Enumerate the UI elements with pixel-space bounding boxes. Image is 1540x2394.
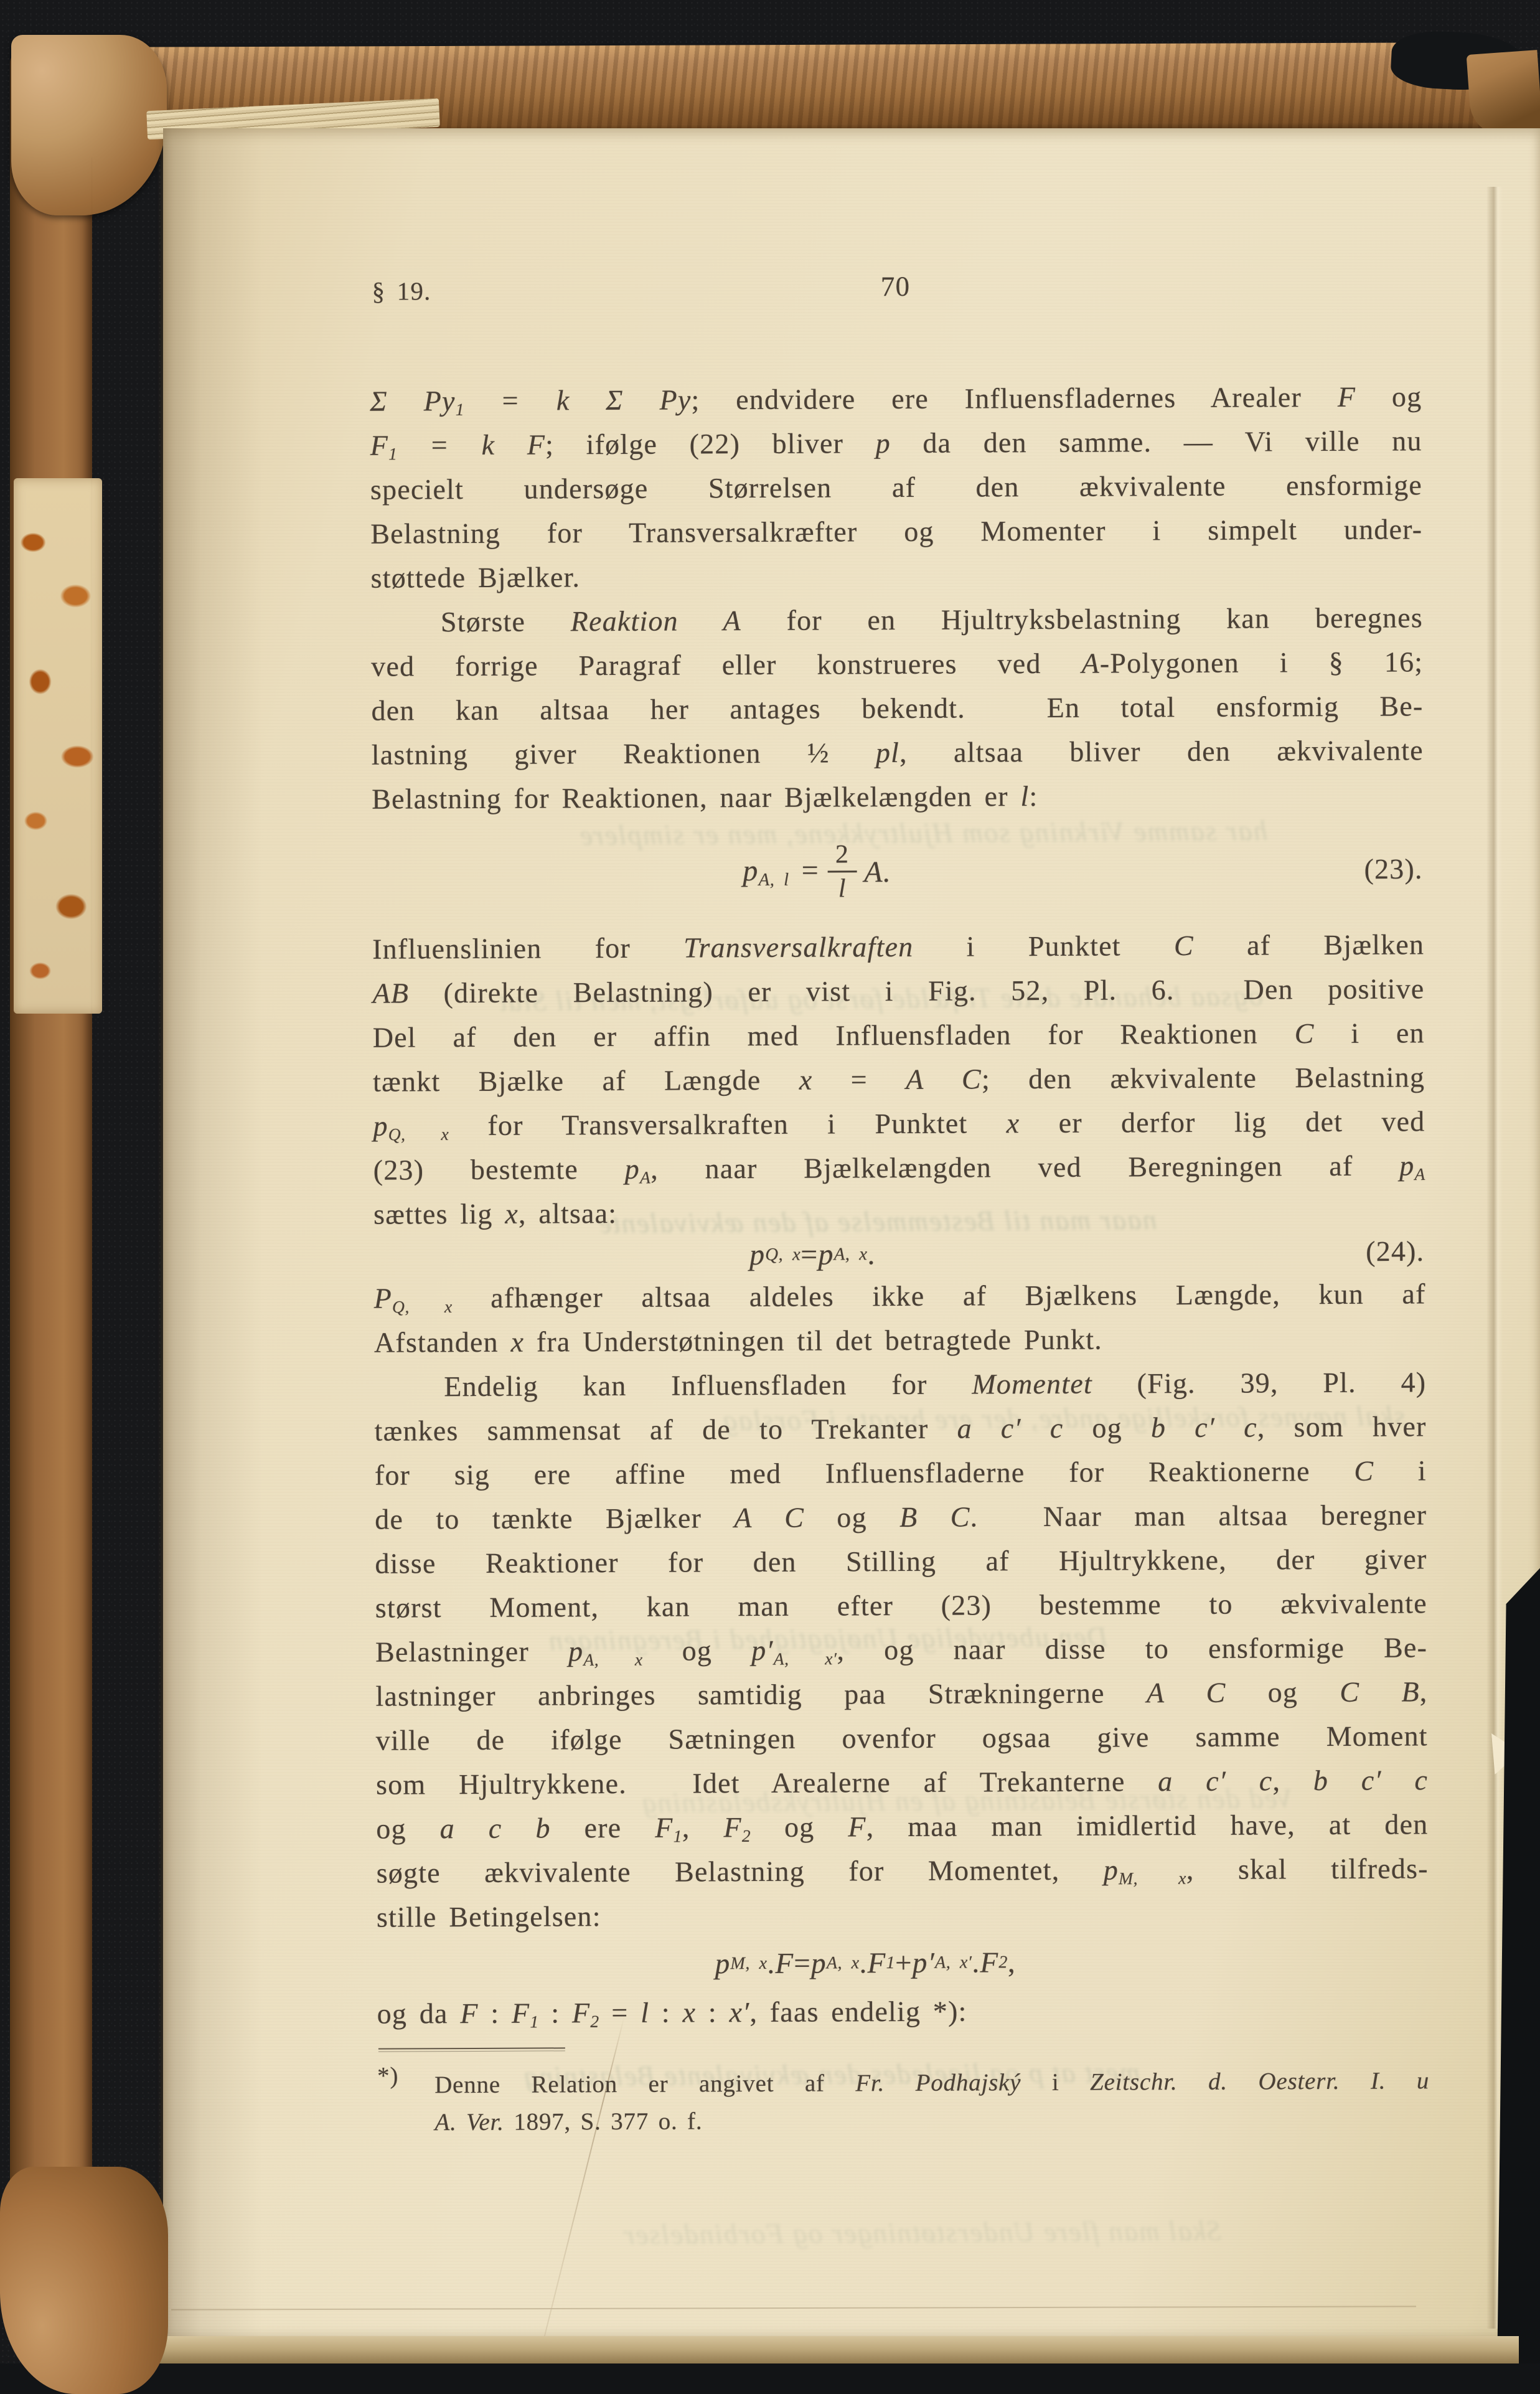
text-line: lastninger anbringes samtidig paa Strækn… <box>375 1669 1427 1718</box>
equation-moment-body: pM, x . F = pA, x . F1 + p′A, x′ . F2, <box>715 1946 1016 1981</box>
text-segment: A <box>1081 648 1100 679</box>
text-segment: , <box>682 1811 724 1843</box>
text-segment: p <box>625 1153 640 1185</box>
text-segment: , <box>1008 1946 1016 1979</box>
text-segment: = k F <box>397 428 545 461</box>
text-line: Endelig kan Influensfladen for Momentet … <box>374 1360 1426 1408</box>
text-segment: da den samme. — Vi ville nu <box>891 425 1422 459</box>
text-segment: p <box>811 1947 827 1981</box>
text-segment: , altsaa: <box>519 1197 617 1230</box>
text-segment: for sig ere affine med Influensfladerne … <box>375 1455 1355 1491</box>
text-segment: p <box>1399 1149 1414 1181</box>
text-segment: Største <box>441 605 571 638</box>
text-segment: F <box>775 1947 794 1981</box>
text-segment: F <box>867 1946 886 1980</box>
text-segment: og <box>1063 1411 1151 1444</box>
text-segment: Endelig kan Influensfladen for <box>444 1368 972 1402</box>
text-segment: C <box>1354 1455 1374 1487</box>
text-segment: ; den ækvivalente Belastning <box>982 1061 1425 1095</box>
text-segment: = <box>801 1237 819 1271</box>
background-bottom-strip <box>0 2363 1540 2394</box>
text-segment: som Hjultrykkene. Idet Arealerne af Trek… <box>376 1765 1158 1800</box>
text-segment: pl <box>876 737 899 768</box>
text-segment: Influenslinien for <box>372 932 683 965</box>
text-line: ville de ifølge Sætningen ovenfor ogsaa … <box>376 1713 1428 1762</box>
leather-corner-bottom-left <box>0 2167 168 2394</box>
text-segment: C <box>1174 930 1194 961</box>
text-line: tænkes sammensat af de to Trekanter a c′… <box>374 1404 1426 1453</box>
text-segment: p <box>715 1947 731 1981</box>
text-segment: , altsaa bliver den ækvivalente <box>899 734 1424 768</box>
text-segment: ved forrige Paragraf eller konstrueres v… <box>371 648 1082 682</box>
text-segment: for en Hjultryksbelastning kan beregnes <box>741 601 1423 636</box>
text-segment: lastning giver Reaktionen ½ <box>372 737 876 771</box>
text-segment: p <box>818 1237 833 1271</box>
text-segment: Zeitschr. d. Oesterr. I. u <box>1090 2067 1429 2095</box>
footnote-rule <box>378 2047 565 2052</box>
text-segment: ; endvidere ere Influensfladernes Areale… <box>691 381 1338 416</box>
text-line: og da F : F1 : F2 = l : x : x′, faas end… <box>377 1987 1429 2035</box>
text-line: Belastning for Reaktionen, naar Bjælkelæ… <box>372 772 1424 821</box>
text-line: F1 = k F; ifølge (22) bliver p da den sa… <box>370 418 1422 467</box>
text-line: lastning giver Reaktionen ½ pl, altsaa b… <box>372 728 1424 776</box>
text-segment: , skal tilfreds- <box>1186 1852 1429 1885</box>
text-line: (23) bestemte pA, naar Bjælkelængden ved… <box>373 1143 1425 1192</box>
text-segment: A, x <box>834 1244 868 1265</box>
text-segment: x <box>510 1326 524 1358</box>
text-line: Del af den er affin med Influensfladen f… <box>373 1011 1425 1059</box>
text-segment: p <box>568 1635 583 1667</box>
text-segment: , naar Bjælkelængden ved Beregningen af <box>650 1149 1399 1184</box>
text-segment: Afstanden <box>374 1326 511 1359</box>
text-segment: Reaktion A <box>571 605 741 637</box>
text-segment: : <box>478 1997 512 2029</box>
equation-23-body: pA, l = 2 l A. <box>743 839 891 905</box>
text-segment: Transversalkraften <box>683 931 913 964</box>
marbled-cover-patch <box>14 478 102 1014</box>
text-segment: F <box>460 1997 479 2029</box>
text-segment: Del af den er affin med Influensfladen f… <box>373 1017 1295 1053</box>
equation-23-number: (23). <box>1364 852 1422 885</box>
text-segment: fra Understøtningen til det betragtede P… <box>524 1324 1102 1358</box>
text-segment: C <box>1295 1017 1315 1049</box>
text-segment: b c′ c <box>1313 1764 1428 1796</box>
text-segment: F <box>848 1811 866 1842</box>
text-segment: l <box>1020 780 1029 812</box>
text-segment: Q, x <box>388 1124 449 1144</box>
text-segment: p <box>743 854 758 887</box>
text-segment: p <box>1104 1854 1119 1885</box>
text-segment: afhænger altsaa aldeles ikke af Bjælkens… <box>453 1278 1426 1314</box>
text-line: specielt undersøge Størrelsen af den ækv… <box>370 463 1422 511</box>
text-line: den kan altsaa her antages bekendt. En t… <box>371 684 1423 732</box>
text-segment: og <box>642 1634 751 1667</box>
text-segment: : <box>649 1997 683 2029</box>
text-segment: M, x <box>730 1954 767 1974</box>
text-segment: søgte ækvivalente Belastning for Momente… <box>377 1854 1104 1889</box>
text-segment: 1897, S. 377 o. f. <box>504 2108 703 2135</box>
text-segment: 2 <box>742 1826 751 1845</box>
text-segment: F <box>655 1812 674 1844</box>
text-segment: = <box>464 384 556 417</box>
equation-24-number: (24). <box>1366 1235 1424 1268</box>
equation-moment: pM, x . F = pA, x . F1 + p′A, x′ . F2, <box>377 1935 1429 1991</box>
text-segment: i Punktet <box>913 930 1174 963</box>
eq23-rhs: A. <box>864 855 891 889</box>
text-line: for sig ere affine med Influensfladerne … <box>375 1448 1427 1497</box>
text-line: støttede Bjælker. <box>370 551 1422 600</box>
text-line: PQ, x afhænger altsaa aldeles ikke af Bj… <box>373 1271 1425 1320</box>
text-line: sættes lig x, altsaa: <box>373 1187 1425 1236</box>
text-segment: : <box>538 1997 572 2029</box>
book-scan: har samme Virkning som Hjultrykkene, men… <box>0 0 1540 2394</box>
text-segment: i <box>1021 2069 1090 2096</box>
text-segment: A C <box>1147 1677 1226 1709</box>
text-segment: Momentet <box>972 1368 1092 1400</box>
text-segment: : <box>1029 780 1038 812</box>
text-segment: , og naar disse to ensformige Be- <box>837 1631 1427 1666</box>
text-line: tænkt Bjælke af Længde x = A C; den ækvi… <box>373 1055 1425 1103</box>
cover-frayed-corner <box>1467 50 1540 136</box>
text-segment: , maa man imidlertid have, at den <box>866 1808 1429 1842</box>
text-segment: specielt undersøge Størrelsen af den ækv… <box>370 469 1422 505</box>
text-line: Største Reaktion A for en Hjultryksbelas… <box>371 595 1423 644</box>
text-segment: Belastning for Reaktionen, naar Bjælkelæ… <box>372 780 1021 815</box>
text-segment: og <box>376 1812 440 1844</box>
text-segment: a c′ c <box>957 1412 1063 1444</box>
fraction-denominator: l <box>838 872 847 905</box>
text-line: Belastninger pA, x og p′A, x′, og naar d… <box>375 1625 1427 1674</box>
text-segment: sættes lig <box>373 1198 505 1230</box>
text-segment: . Naar man altsaa beregner <box>970 1499 1427 1532</box>
text-line: søgte ækvivalente Belastning for Momente… <box>377 1846 1429 1895</box>
text-segment: og da <box>377 1997 461 2030</box>
fraction-numerator: 2 <box>828 839 857 872</box>
text-segment: og <box>1226 1676 1340 1708</box>
text-line: størst Moment, kan man efter (23) bestem… <box>375 1581 1427 1629</box>
eq23-lhs: pA, l = <box>743 854 819 891</box>
page-bottom-edge <box>93 2336 1519 2366</box>
text-segment: F <box>1338 381 1356 413</box>
text-segment: , <box>1272 1765 1313 1796</box>
text-segment: og <box>804 1501 899 1534</box>
text-segment: . <box>867 1237 875 1271</box>
footnote-line-2: A. Ver. 1897, S. 377 o. f. <box>434 2099 1429 2141</box>
text-segment: p <box>749 1237 765 1271</box>
paragraph-1: Σ Py1 = k Σ Py; endvidere ere Influensfl… <box>370 374 1423 600</box>
page-edges-stack <box>91 122 166 2354</box>
text-segment: P <box>374 1283 393 1314</box>
text-segment: Denne Relation er angivet af <box>434 2070 855 2098</box>
text-segment: . <box>972 1946 980 1979</box>
page-number: 70 <box>369 268 1421 304</box>
footnote: *) Denne Relation er angivet af Fr. Podh… <box>377 2062 1430 2141</box>
text-line: ved forrige Paragraf eller konstrueres v… <box>371 639 1423 688</box>
text-segment: = <box>812 1063 906 1096</box>
text-segment: ere <box>550 1812 655 1844</box>
text-segment: 2 <box>998 1953 1008 1972</box>
text-segment: F <box>980 1946 998 1979</box>
text-segment: l <box>641 1997 649 2029</box>
text-segment: AB <box>372 977 409 1009</box>
text-segment: A. <box>864 855 891 888</box>
text-segment: 2 <box>590 2012 599 2031</box>
text-line: de to tænkte Bjælker A C og B C. Naar ma… <box>375 1492 1427 1541</box>
text-segment: Belastninger <box>375 1635 568 1667</box>
book-spine-left <box>10 54 92 2351</box>
text-segment: B C <box>899 1501 970 1533</box>
text-segment: Q, x <box>765 1244 801 1265</box>
footnote-body: Denne Relation er angivet af Fr. Podhajs… <box>434 2062 1430 2141</box>
text-segment: ; ifølge (22) bliver <box>545 427 876 460</box>
fraction: 2 l <box>828 839 857 905</box>
text-segment: . <box>767 1947 775 1981</box>
text-line: Belastning for Transversalkræfter og Mom… <box>370 507 1422 555</box>
text-segment: p <box>373 1110 388 1142</box>
text-line: stille Betingelsen: <box>377 1890 1429 1939</box>
paragraph-3: Influenslinien for Transversalkraften i … <box>372 922 1425 1236</box>
text-segment: A, x <box>827 1953 860 1973</box>
paragraph-5: Endelig kan Influensfladen for Momentet … <box>374 1360 1429 1939</box>
text-segment: A, x′ <box>935 1953 972 1973</box>
text-line: AB (direkte Belastning) er vist i Fig. 5… <box>372 966 1424 1015</box>
text-segment: F <box>723 1811 742 1843</box>
text-segment: af Bjælken <box>1194 928 1425 961</box>
equation-24: pQ, x = pA, x. (24). <box>373 1232 1425 1276</box>
text-segment: = <box>789 854 819 887</box>
text-segment: i <box>1374 1454 1427 1486</box>
text-segment: x <box>1007 1107 1020 1139</box>
text-segment: A. Ver. <box>434 2109 504 2136</box>
text-line: pQ, x for Transversalkraften i Punktet x… <box>373 1099 1425 1148</box>
text-segment: 1 <box>530 2012 538 2031</box>
text-segment: (direkte Belastning) er vist i Fig. 52, … <box>409 973 1425 1009</box>
text-segment: Σ Py <box>370 385 455 417</box>
text-line: som Hjultrykkene. Idet Arealerne af Trek… <box>376 1758 1428 1806</box>
text-segment: , <box>1420 1675 1428 1707</box>
text-segment: 1 <box>456 400 464 419</box>
text-segment: a c b <box>440 1812 551 1844</box>
text-segment: b c′ c <box>1151 1411 1257 1443</box>
text-segment: , som hver <box>1257 1410 1427 1443</box>
text-segment: de to tænkte Bjælker <box>375 1502 734 1535</box>
text-segment: . <box>859 1946 867 1980</box>
text-segment: A C <box>734 1502 804 1534</box>
text-segment: F <box>370 430 389 461</box>
text-segment: C B <box>1340 1675 1420 1708</box>
footnote-marker: *) <box>377 2062 398 2090</box>
text-segment: 1 <box>388 444 397 463</box>
text-segment: ville de ifølge Sætningen ovenfor ogsaa … <box>376 1720 1428 1756</box>
page-text-column: § 19. 70 Σ Py1 = k Σ Py; endvidere ere I… <box>369 271 1429 2141</box>
text-segment: A <box>640 1167 650 1187</box>
text-segment: og <box>751 1811 848 1843</box>
text-segment: 1 <box>674 1826 682 1845</box>
text-segment: Belastning for Transversalkræfter og Mom… <box>370 513 1422 549</box>
text-segment: F <box>512 1997 530 2029</box>
text-segment: disse Reaktioner for den Stilling af Hju… <box>375 1543 1427 1579</box>
text-segment: størst Moment, kan man efter (23) bestem… <box>375 1587 1427 1623</box>
text-segment: den kan altsaa her antages bekendt. En t… <box>371 690 1423 726</box>
text-segment: lastninger anbringes samtidig paa Strækn… <box>375 1677 1147 1712</box>
text-line: disse Reaktioner for den Stilling af Hju… <box>375 1537 1427 1585</box>
text-line: Influenslinien for Transversalkraften i … <box>372 922 1424 971</box>
page-fold-line <box>1486 187 1503 2329</box>
text-segment: Fr. Podhajský <box>855 2069 1021 2096</box>
text-segment: Q, x <box>392 1297 453 1316</box>
text-segment: a c′ c <box>1158 1765 1272 1797</box>
text-segment: 1 <box>886 1953 895 1973</box>
text-segment: A, x′ <box>774 1649 837 1668</box>
equation-24-body: pQ, x = pA, x. <box>749 1237 876 1272</box>
text-segment: p <box>876 427 891 459</box>
text-segment: p′ <box>751 1634 774 1666</box>
paragraph-2: Største Reaktion A for en Hjultryksbelas… <box>371 595 1424 821</box>
text-line: og a c b ere F1, F2 og F, maa man imidle… <box>376 1802 1428 1850</box>
text-segment: A C <box>906 1063 982 1095</box>
text-segment: = <box>794 1947 811 1981</box>
text-segment: støttede Bjælker. <box>370 561 580 593</box>
text-segment: x <box>505 1198 519 1230</box>
text-line: Σ Py1 = k Σ Py; endvidere ere Influensfl… <box>370 374 1422 423</box>
text-segment: + <box>895 1946 913 1980</box>
text-segment: A, l <box>759 870 789 890</box>
text-segment: i en <box>1314 1017 1424 1049</box>
text-segment: tænkt Bjælke af Længde <box>373 1064 799 1098</box>
paragraph-4: PQ, x afhænger altsaa aldeles ikke af Bj… <box>373 1271 1426 1364</box>
page-header: § 19. 70 <box>369 271 1421 320</box>
text-segment: = <box>599 1997 641 2029</box>
text-segment: (23) bestemte <box>373 1153 625 1186</box>
text-segment: A, x <box>583 1650 642 1669</box>
text-segment: og <box>1356 380 1422 412</box>
text-segment: tænkes sammensat af de to Trekanter <box>374 1413 957 1447</box>
text-segment: er derfor lig det ved <box>1020 1105 1425 1139</box>
text-segment: x <box>799 1064 813 1096</box>
text-segment: x <box>682 1996 696 2028</box>
text-segment: k Σ Py <box>556 384 692 416</box>
text-segment: for Transversalkraften i Punktet <box>449 1107 1007 1141</box>
text-line: Afstanden x fra Understøtningen til det … <box>374 1316 1426 1364</box>
text-segment: -Polygonen i § 16; <box>1100 646 1424 679</box>
text-segment: : <box>696 1996 730 2028</box>
text-segment: , faas endelig *): <box>749 1996 967 2029</box>
text-segment: A <box>1414 1164 1425 1184</box>
text-segment: M, x <box>1119 1869 1186 1888</box>
text-segment: x′ <box>729 1996 749 2028</box>
text-segment: stille Betingelsen: <box>377 1900 601 1933</box>
footnote-line-1: Denne Relation er angivet af Fr. Podhajs… <box>434 2062 1429 2104</box>
text-segment: (Fig. 39, Pl. 4) <box>1092 1366 1427 1399</box>
text-segment: p′ <box>913 1946 935 1980</box>
closing-line: og da F : F1 : F2 = l : x : x′, faas end… <box>377 1987 1429 2035</box>
text-segment: F <box>572 1997 591 2029</box>
equation-23: pA, l = 2 l A. (23). <box>372 816 1424 926</box>
